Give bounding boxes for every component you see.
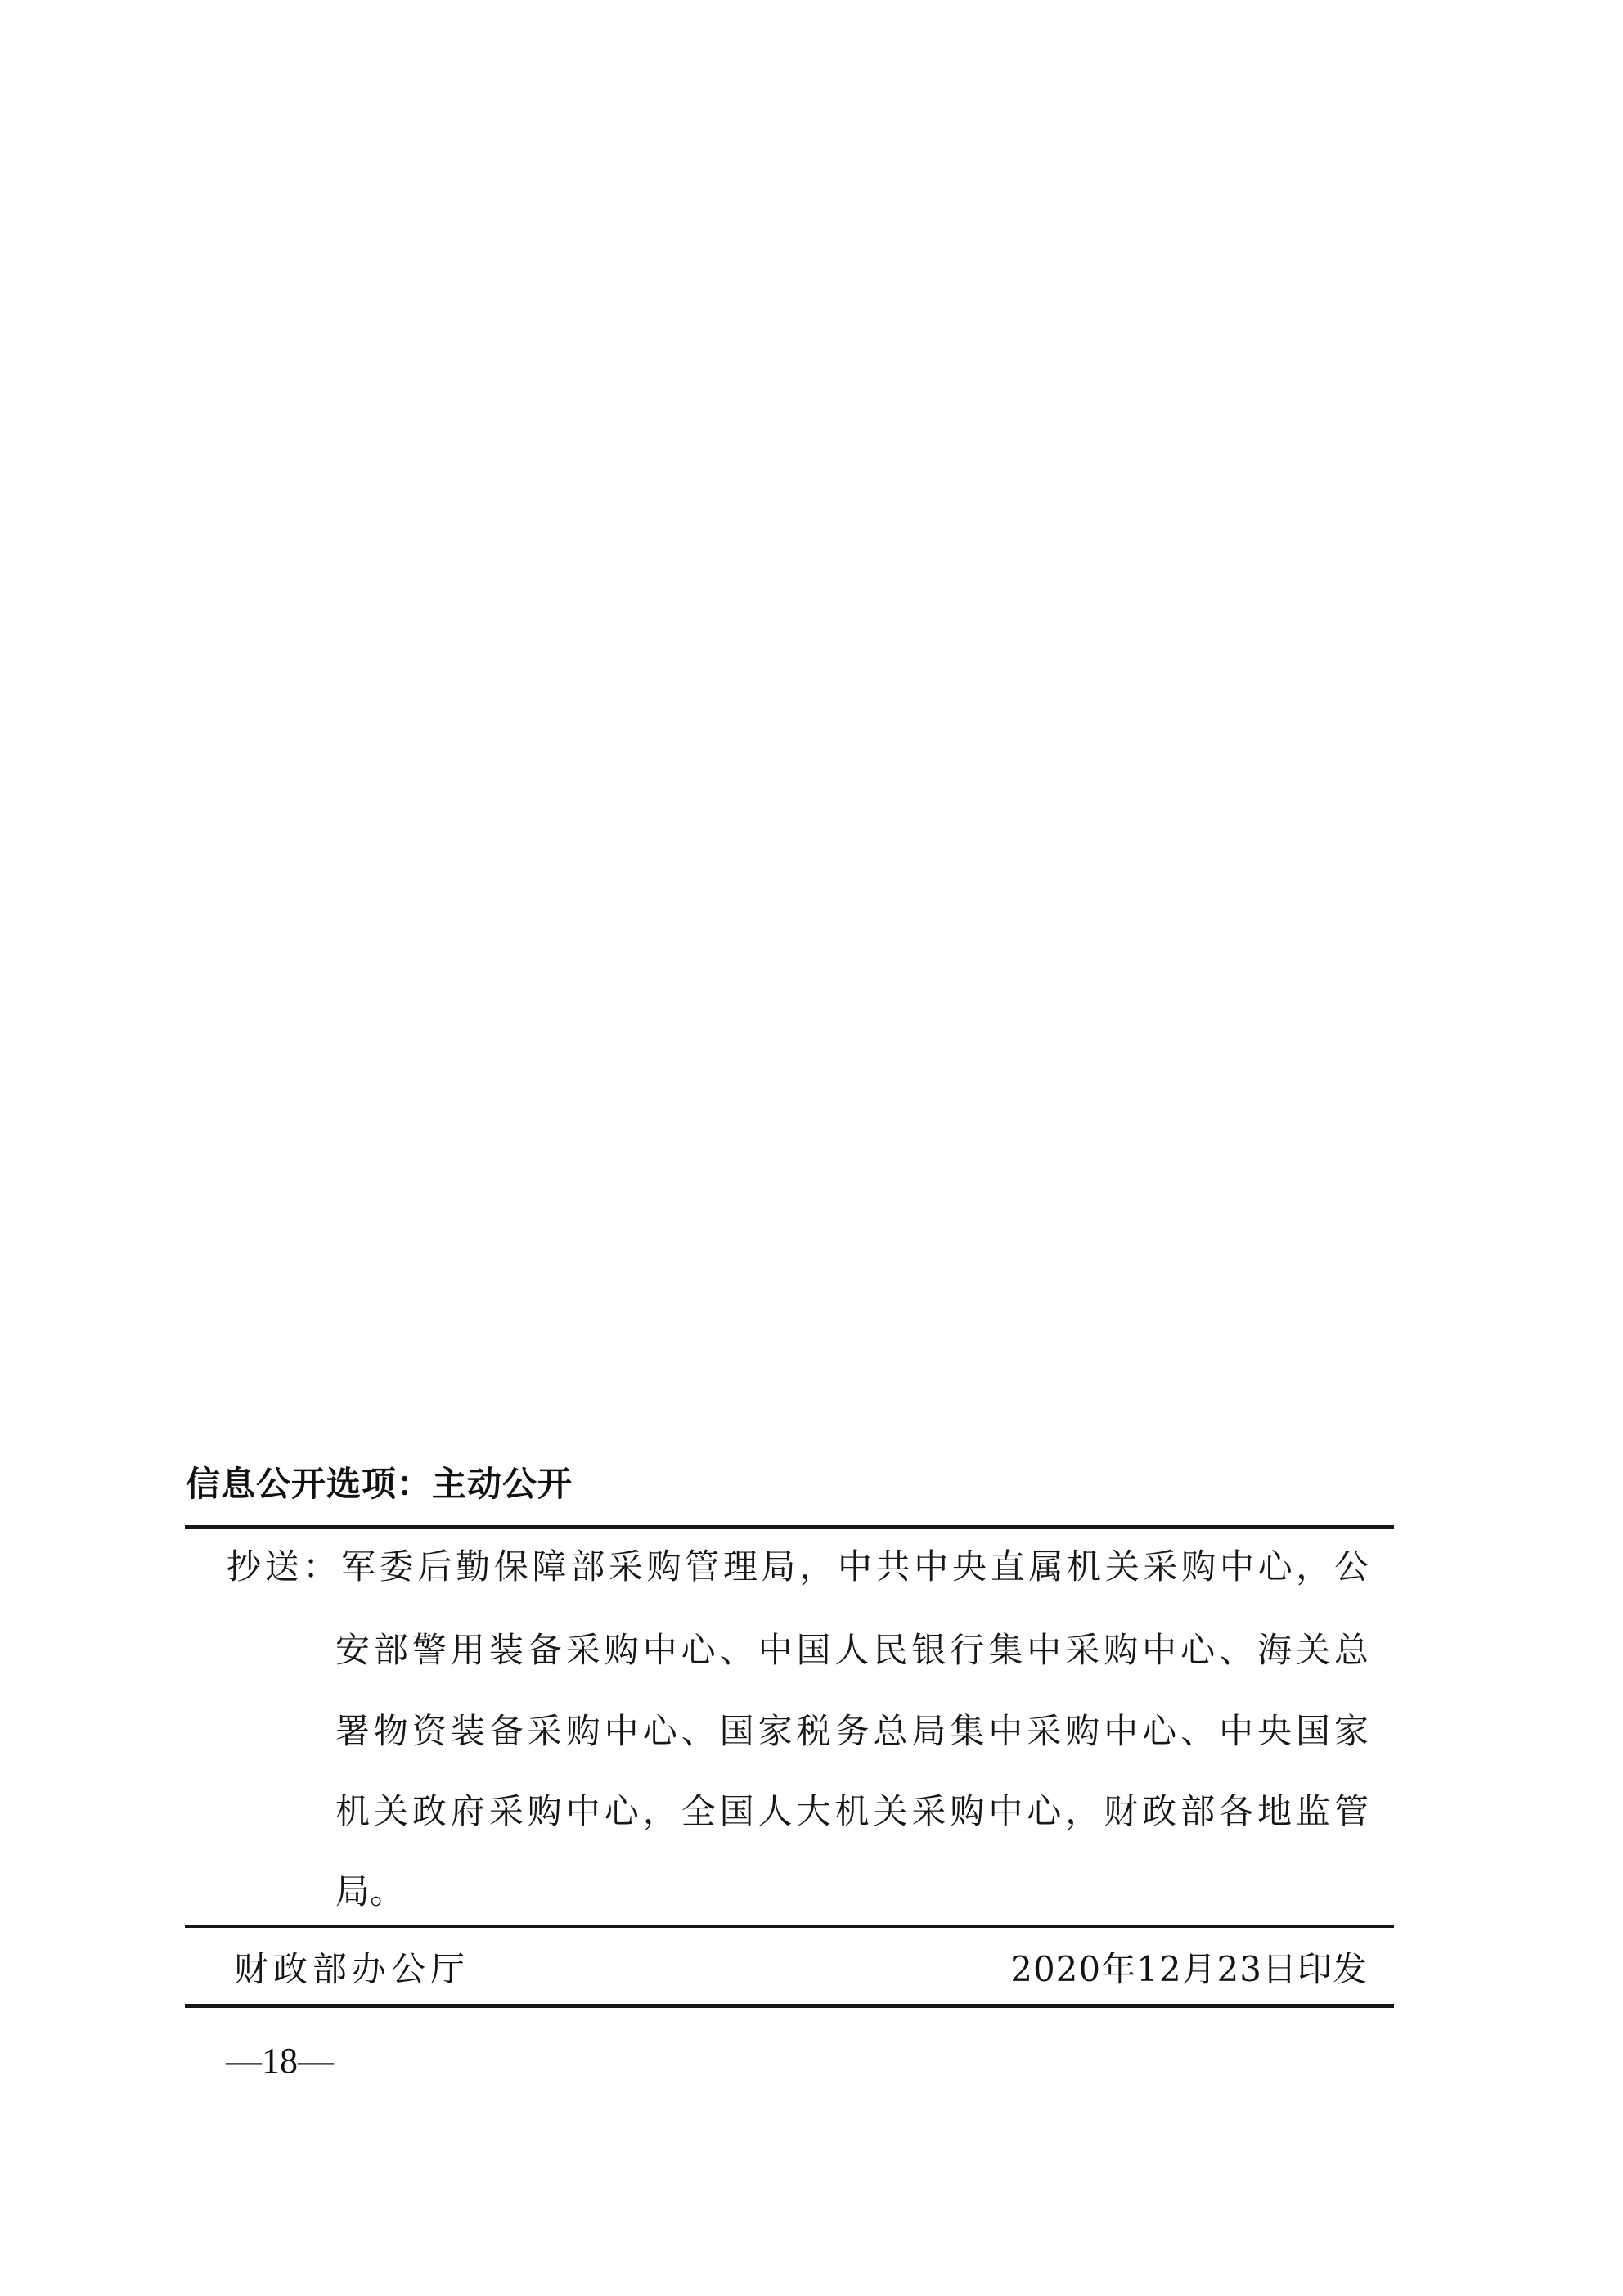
cc-recipients-line-5: 局。: [335, 1869, 404, 1915]
document-page: 信息公开选项：主动公开 抄送：军委后勤保障部采购管理局，中共中央直属机关采购中心…: [0, 0, 1623, 2296]
cc-recipients-line-1: 抄送：军委后勤保障部采购管理局，中共中央直属机关采购中心，公: [227, 1544, 1369, 1590]
top-divider-rule: [185, 1525, 1394, 1529]
page-number: —18—: [226, 2041, 334, 2082]
cc-recipients-line-4: 机关政府采购中心，全国人大机关采购中心，财政部各地监管: [335, 1789, 1369, 1835]
bottom-divider-rule: [185, 2004, 1394, 2008]
cc-recipients-line-3: 署物资装备采购中心、国家税务总局集中采购中心、中央国家: [335, 1708, 1369, 1754]
issue-date: 2020年12月23日印发: [1010, 1947, 1368, 1992]
cc-recipients-line-2: 安部警用装备采购中心、中国人民银行集中采购中心、海关总: [335, 1627, 1369, 1673]
issuing-office: 财政部办公厅: [234, 1947, 470, 1992]
disclosure-option-label: 信息公开选项：主动公开: [186, 1461, 573, 1507]
middle-divider-rule: [185, 1925, 1394, 1928]
